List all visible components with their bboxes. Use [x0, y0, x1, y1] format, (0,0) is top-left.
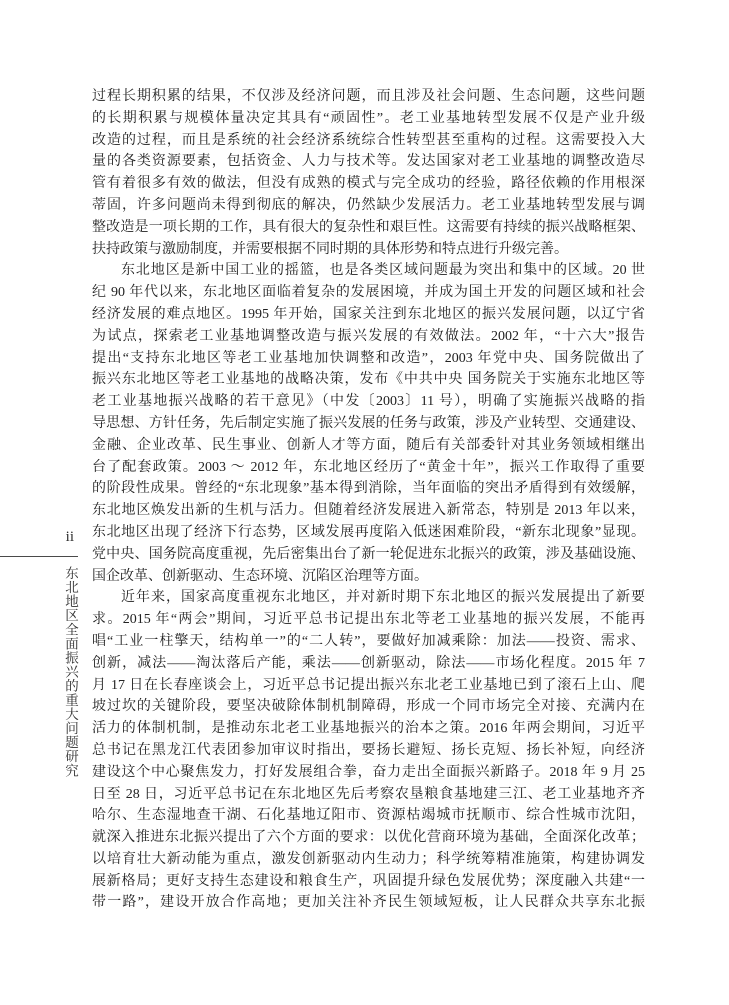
text-line: 总书记在黑龙江代表团参加审议时指出，要扬长避短、扬长克短、扬长补短，向经济 — [92, 740, 645, 762]
text-line: 求。2015 年“两会”期间，习近平总书记提出东北等老工业基地的振兴发展，不能再 — [92, 609, 645, 631]
text-line: 整改造是一项长期的工作，具有很大的复杂性和艰巨性。这需要有持续的振兴战略框架、 — [92, 217, 645, 239]
text-line: 活力的体制机制，是推动东北老工业基地振兴的治本之策。2016 年两会期间，习近平 — [92, 718, 645, 740]
text-line: 台了配套政策。2003 ～ 2012 年，东北地区经历了“黄金十年”，振兴工作取… — [92, 457, 645, 479]
text-line: 国企改革、创新驱动、生态环境、沉陷区治理等方面。 — [92, 566, 645, 588]
text-line: 东北地区出现了经济下行态势，区域发展再度陷入低迷困难阶段，“新东北现象”显现。 — [92, 522, 645, 544]
text-line: 日至 28 日，习近平总书记在东北地区先后考察农垦粮食基地建三江、老工业基地齐齐 — [92, 784, 645, 806]
text-line: 管有着很多有效的做法，但没有成熟的模式与完全成功的经验，路径依赖的作用根深 — [92, 173, 645, 195]
text-line: 带一路”，建设开放合作高地；更加关注补齐民生领域短板，让人民群众共享东北振 — [92, 892, 645, 914]
text-line: 近年来，国家高度重视东北地区，并对新时期下东北地区的振兴发展提出了新要 — [92, 587, 645, 609]
text-line: 老工业基地振兴战略的若干意见》（中发〔2003〕11 号），明确了实施振兴战略的… — [92, 391, 645, 413]
book-page: ii 东北地区全面振兴的重大问题研究 过程长期积累的结果，不仅涉及经济问题，而且… — [0, 0, 729, 1005]
text-line: 东北地区焕发出新的生机与活力。但随着经济发展进入新常态，特别是 2013 年以来… — [92, 500, 645, 522]
text-line: 扶持政策与激励制度，并需要根据不同时期的具体形势和特点进行升级完善。 — [92, 239, 645, 261]
sidebar-divider — [0, 556, 78, 557]
text-line: 坡过坎的关键阶段，要坚决破除体制机制障碍，形成一个同市场完全对接、充满内在 — [92, 696, 645, 718]
text-line: 唱“工业一柱擎天，结构单一”的“二人转”，要做好加减乘除：加法——投资、需求、 — [92, 631, 645, 653]
text-line: 蒂固，许多问题尚未得到彻底的解决，仍然缺少发展活力。老工业基地转型发展与调 — [92, 195, 645, 217]
text-line: 振兴东北地区等老工业基地的战略决策，发布《中共中央 国务院关于实施东北地区等 — [92, 369, 645, 391]
text-line: 提出“支持东北地区等老工业基地加快调整和改造”，2003 年党中央、国务院做出了 — [92, 348, 645, 370]
text-line: 东北地区是新中国工业的摇篮，也是各类区域问题最为突出和集中的区域。20 世 — [92, 260, 645, 282]
paragraph: 过程长期积累的结果，不仅涉及经济问题，而且涉及社会问题、生态问题，这些问题的长期… — [92, 86, 645, 260]
text-line: 导思想、方针任务，先后制定实施了振兴发展的任务与政策，涉及产业转型、交通建设、 — [92, 413, 645, 435]
paragraph: 近年来，国家高度重视东北地区，并对新时期下东北地区的振兴发展提出了新要求。201… — [92, 587, 645, 914]
paragraph: 东北地区是新中国工业的摇篮，也是各类区域问题最为突出和集中的区域。20 世纪 9… — [92, 260, 645, 587]
text-line: 纪 90 年代以来，东北地区面临着复杂的发展困境，并成为国土开发的问题区域和社会 — [92, 282, 645, 304]
text-line: 月 17 日在长春座谈会上，习近平总书记提出振兴东北老工业基地已到了滚石上山、爬 — [92, 675, 645, 697]
text-line: 经济发展的难点地区。1995 年开始，国家关注到东北地区的振兴发展问题，以辽宁省 — [92, 304, 645, 326]
text-line: 展新格局；更好支持生态建设和粮食生产，巩固提升绿色发展优势；深度融入共建“一 — [92, 871, 645, 893]
page-number: ii — [0, 530, 74, 545]
text-line: 金融、企业改革、民生事业、创新人才等方面，随后有关部委针对其业务领域相继出 — [92, 435, 645, 457]
text-line: 改造的过程，而且是系统的社会经济系统综合性转型甚至重构的过程。这需要投入大 — [92, 130, 645, 152]
text-line: 创新，减法——淘汰落后产能，乘法——创新驱动，除法——市场化程度。2015 年 … — [92, 653, 645, 675]
text-line: 党中央、国务院高度重视，先后密集出台了新一轮促进东北振兴的政策，涉及基础设施、 — [92, 544, 645, 566]
body-text: 过程长期积累的结果，不仅涉及经济问题，而且涉及社会问题、生态问题，这些问题的长期… — [92, 86, 645, 914]
text-line: 过程长期积累的结果，不仅涉及经济问题，而且涉及社会问题、生态问题，这些问题 — [92, 86, 645, 108]
text-line: 为试点，探索老工业基地调整改造与振兴发展的有效做法。2002 年，“十六大”报告 — [92, 326, 645, 348]
book-title-vertical: 东北地区全面振兴的重大问题研究 — [62, 566, 79, 786]
text-line: 的长期积累与规模体量决定其具有“顽固性”。老工业基地转型发展不仅是产业升级 — [92, 108, 645, 130]
text-line: 就深入推进东北振兴提出了六个方面的要求：以优化营商环境为基础，全面深化改革； — [92, 827, 645, 849]
text-line: 量的各类资源要素，包括资金、人力与技术等。发达国家对老工业基地的调整改造尽 — [92, 151, 645, 173]
text-line: 的阶段性成果。曾经的“东北现象”基本得到消除，当年面临的突出矛盾得到有效缓解， — [92, 478, 645, 500]
text-line: 建设这个中心聚焦发力，打好发展组合拳，奋力走出全面振兴新路子。2018 年 9 … — [92, 762, 645, 784]
text-line: 哈尔、生态湿地查干湖、石化基地辽阳市、资源枯竭城市抚顺市、综合性城市沈阳， — [92, 805, 645, 827]
text-line: 以培育壮大新动能为重点，激发创新驱动内生动力；科学统筹精准施策，构建协调发 — [92, 849, 645, 871]
